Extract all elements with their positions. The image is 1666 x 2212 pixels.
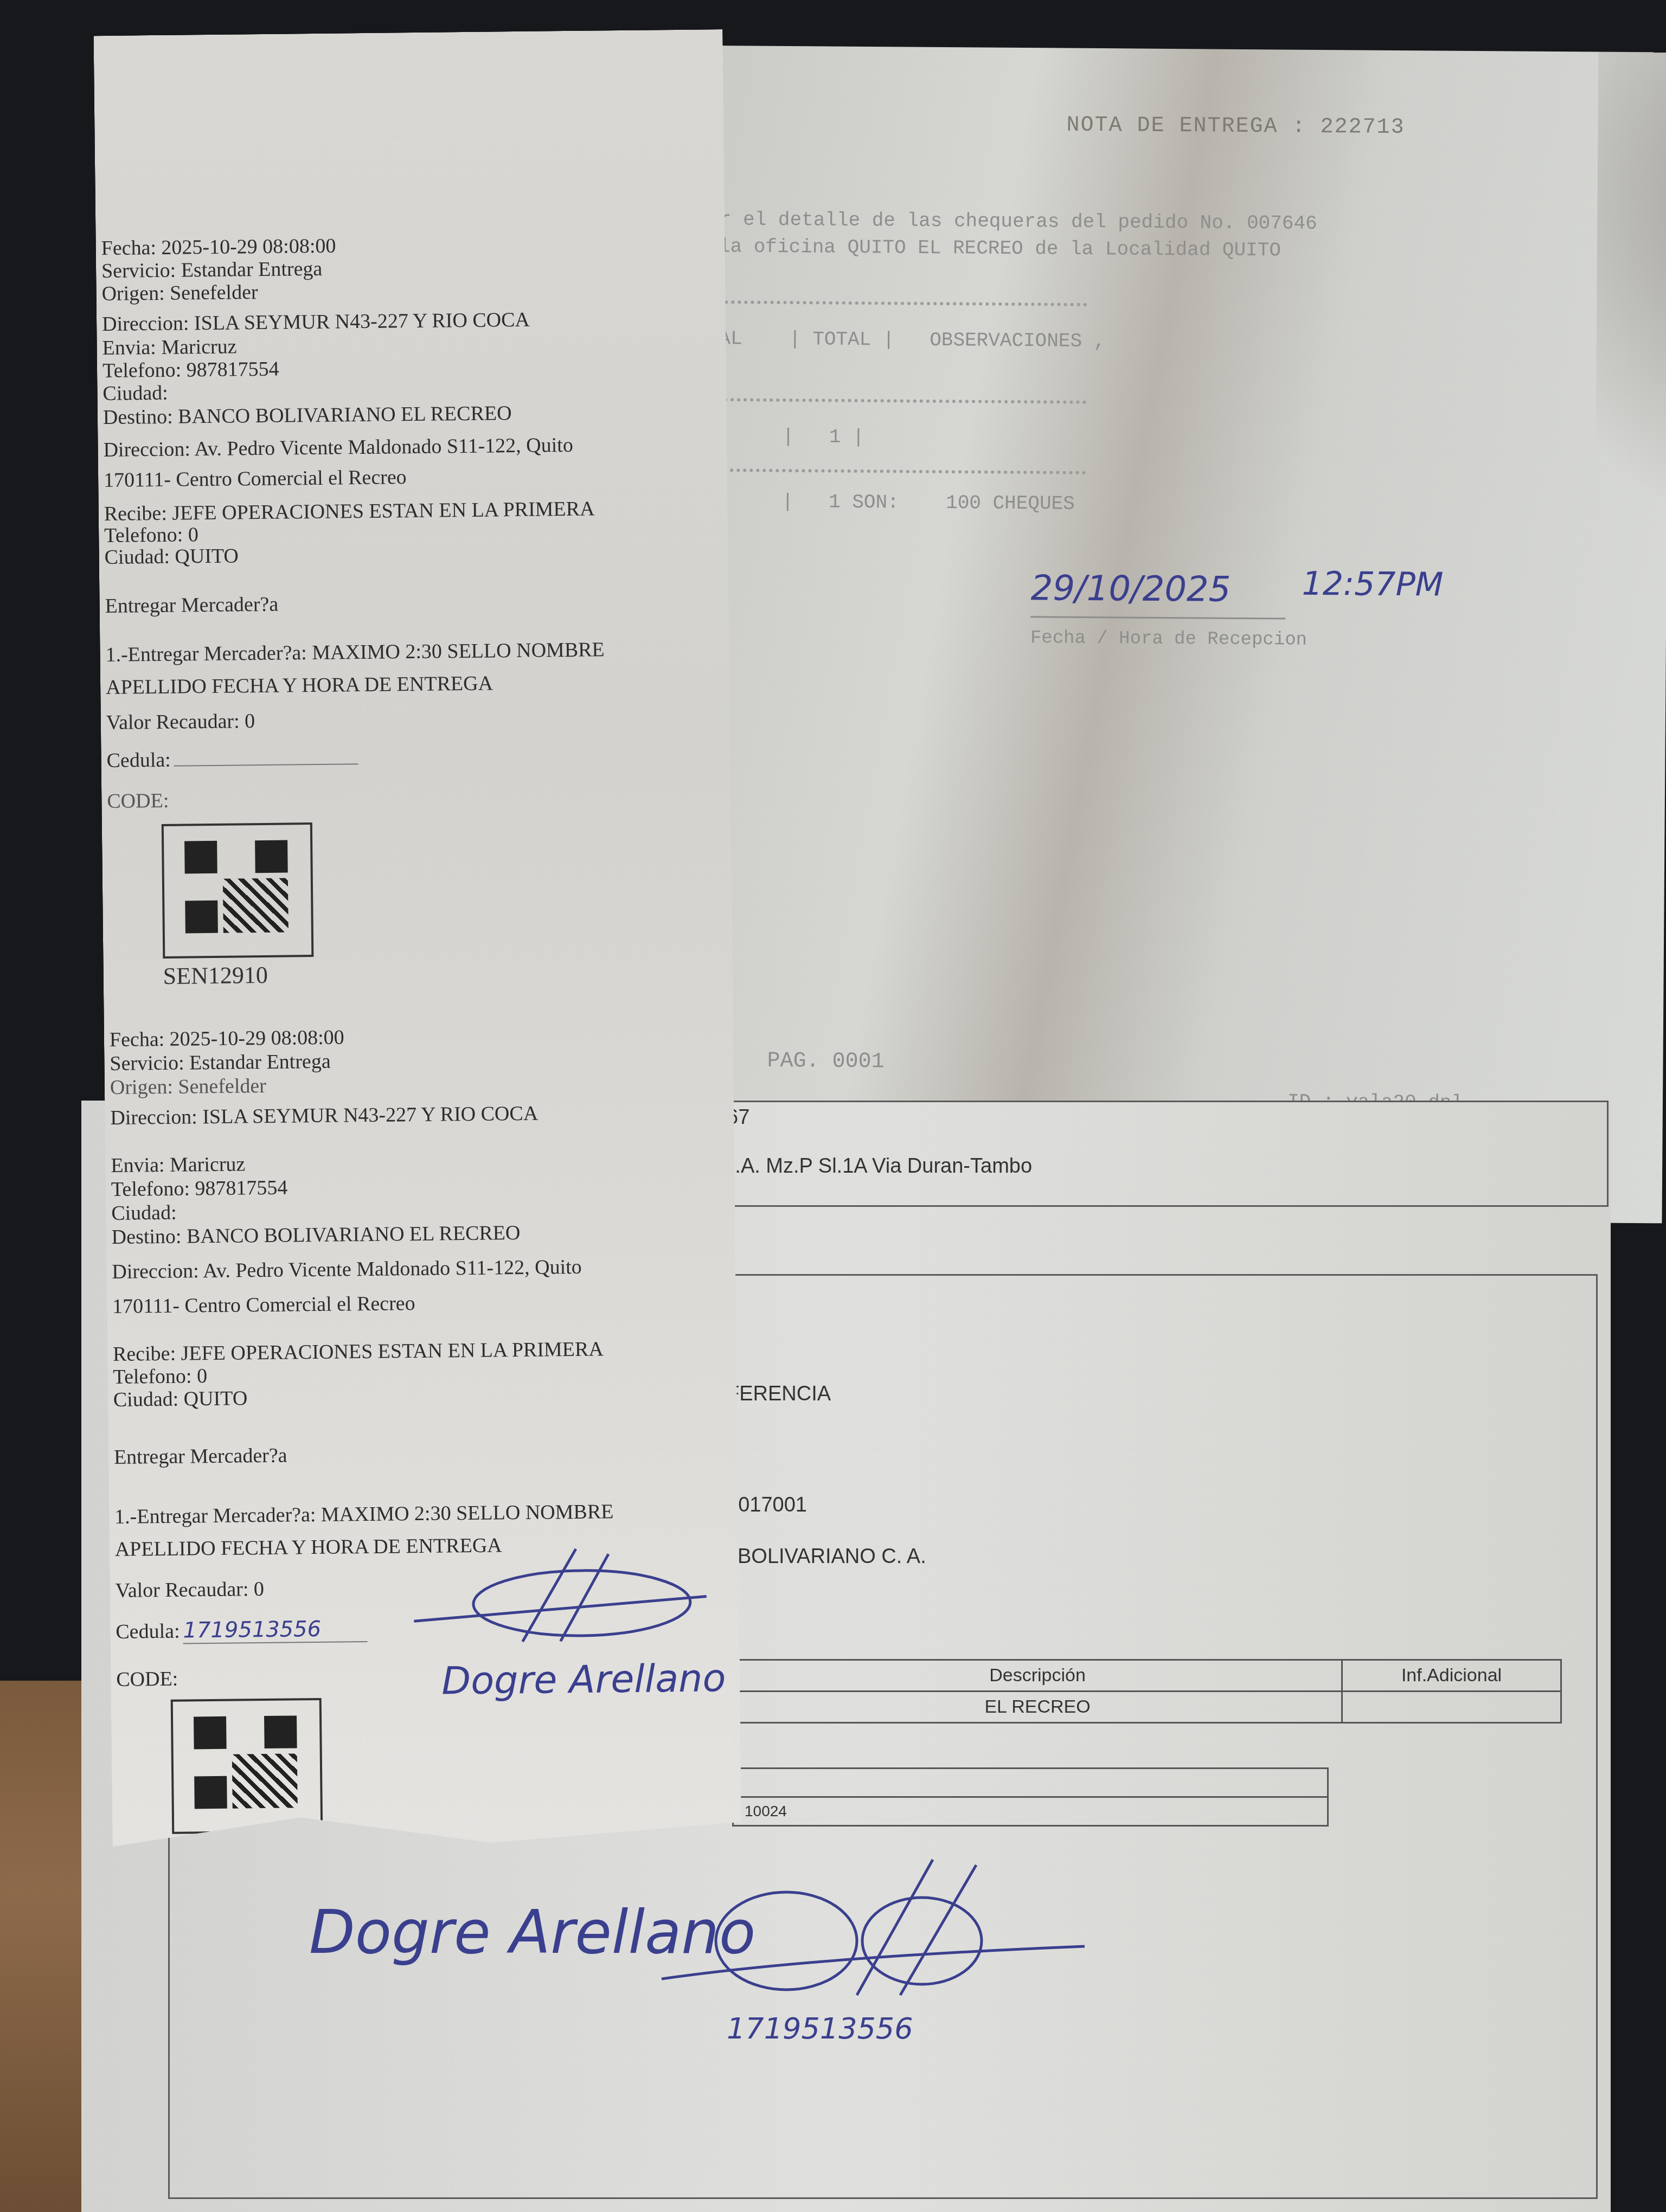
code-label: CODE: — [116, 1667, 178, 1692]
ruc-fragment: 0017001 — [727, 1494, 807, 1517]
delivery-note-line-1: ar el detalle de las chequeras del pedid… — [708, 208, 1317, 235]
invoice-address: S.A. Mz.P Sl.1A Via Duran-Tambo — [721, 1155, 1032, 1178]
telefono: Telefono: 987817554 — [111, 1176, 288, 1201]
envia: Envia: Maricruz — [111, 1152, 245, 1178]
cedula-value: 1719513556 — [183, 1616, 367, 1644]
courier-receipt: Fecha: 2025-10-29 08:08:00 Servicio: Est… — [94, 29, 742, 1847]
servicio: Servicio: Estandar Entrega — [110, 1050, 331, 1076]
direccion-destino: Direccion: Av. Pedro Vicente Maldonado S… — [103, 433, 573, 462]
totals-box: 10024 — [732, 1767, 1329, 1827]
entregar: Entregar Mercader?a — [114, 1444, 287, 1469]
cedula-field: Cedula:1719513556 — [116, 1616, 368, 1645]
destino: Destino: BANCO BOLIVARIANO EL RECREO — [103, 401, 512, 429]
origen: Origen: Senefelder — [110, 1074, 266, 1099]
instruccion-1: 1.-Entregar Mercader?a: MAXIMO 2:30 SELL… — [105, 638, 605, 667]
entregar: Entregar Mercader?a — [105, 593, 278, 618]
recibe: Recibe: JEFE OPERACIONES ESTAN EN LA PRI… — [104, 497, 595, 526]
servicio: Servicio: Estandar Entrega — [101, 257, 323, 283]
qr-box — [162, 822, 314, 959]
recibe: Recibe: JEFE OPERACIONES ESTAN EN LA PRI… — [113, 1337, 604, 1366]
fecha: Fecha: 2025-10-29 08:08:00 — [110, 1025, 344, 1052]
code-label: CODE: — [107, 789, 169, 813]
receipt-copy-2: Fecha: 2025-10-29 08:08:00 Servicio: Est… — [104, 1021, 733, 1028]
cedula-blank — [174, 763, 358, 767]
dotted-rule — [718, 300, 1087, 306]
cell-description: EL RECREO — [733, 1692, 1342, 1723]
client-name: BOLIVARIANO C. A. — [738, 1545, 926, 1568]
direccion-origen: Direccion: ISLA SEYMUR N43-227 Y RIO COC… — [102, 308, 530, 336]
destino: Destino: BANCO BOLIVARIANO EL RECREO — [112, 1221, 521, 1249]
origen: Origen: Senefelder — [101, 280, 258, 306]
direccion-destino-2: 170111- Centro Comercial el Recreo — [112, 1291, 415, 1319]
ciudad: Ciudad: — [111, 1201, 177, 1225]
reception-label: Fecha / Hora de Recepcion — [1030, 628, 1307, 651]
sum-line: | 1 SON: 100 CHEQUES — [782, 491, 1075, 515]
telefono-recibe: Telefono: 0 — [104, 523, 198, 548]
cell-additional-info — [1342, 1692, 1561, 1723]
qr-code-icon — [184, 840, 289, 934]
reception-time: 12:57PM — [1302, 565, 1443, 604]
header-description: Descripción — [733, 1660, 1342, 1692]
reception-date: 29/10/2025 — [1030, 568, 1231, 610]
fecha: Fecha: 2025-10-29 08:08:00 — [101, 234, 336, 261]
direccion-destino: Direccion: Av. Pedro Vicente Maldonado S… — [112, 1255, 582, 1284]
ciudad-recibe: Ciudad: QUITO — [113, 1386, 248, 1412]
totals-row-value: 10024 — [732, 1796, 1329, 1827]
direccion-origen: Direccion: ISLA SEYMUR N43-227 Y RIO COC… — [110, 1102, 538, 1130]
header-additional-info: Inf.Adicional — [1342, 1660, 1561, 1692]
row-total: | 1 | — [782, 426, 864, 448]
qr-code-icon — [194, 1715, 298, 1809]
reception-rule — [1030, 616, 1285, 619]
valor-recaudar: Valor Recaudar: 0 — [115, 1577, 264, 1603]
telefono-recibe: Telefono: 0 — [113, 1364, 207, 1389]
payment-method: FERENCIA — [727, 1382, 831, 1406]
delivery-note-line-2: la oficina QUITO EL RECREO de la Localid… — [719, 235, 1281, 261]
invoice-header-box — [716, 1101, 1609, 1207]
envia: Envia: Maricruz — [102, 335, 236, 360]
delivery-note-title: NOTA DE ENTREGA : 222713 — [1066, 113, 1405, 140]
instruccion-2: APELLIDO FECHA Y HORA DE ENTREGA — [106, 672, 493, 699]
table-row: EL RECREO — [733, 1692, 1561, 1723]
signature-scribble-icon — [413, 1542, 718, 1654]
receipt-copy-1: Fecha: 2025-10-29 08:08:00 Servicio: Est… — [95, 230, 725, 236]
cedula-label: Cedula: — [116, 1620, 180, 1643]
cedula-field: Cedula: — [106, 746, 358, 773]
direccion-destino-2: 170111- Centro Comercial el Recreo — [104, 465, 407, 492]
instruccion-1: 1.-Entregar Mercader?a: MAXIMO 2:30 SELL… — [114, 1500, 614, 1529]
shadow — [1595, 52, 1666, 543]
valor-recaudar: Valor Recaudar: 0 — [106, 709, 255, 735]
dotted-rule — [717, 468, 1086, 474]
signature-id: 1719513556 — [727, 2011, 913, 2046]
ciudad: Ciudad: — [102, 381, 168, 406]
tracking-code: SEN12910 — [163, 961, 268, 990]
telefono: Telefono: 987817554 — [102, 357, 279, 383]
delivery-note-sheet: NOTA DE ENTREGA : 222713 ar el detalle d… — [668, 46, 1666, 1224]
table-header: NAL | TOTAL | OBSERVACIONES , — [707, 327, 1106, 352]
totals-row-empty — [732, 1767, 1329, 1796]
ciudad-recibe: Ciudad: QUITO — [104, 544, 239, 569]
invoice-detail-table: Descripción Inf.Adicional EL RECREO — [732, 1659, 1562, 1724]
signature-name: Dogre Arellano — [441, 1656, 726, 1703]
dotted-rule — [717, 398, 1086, 404]
cedula-label: Cedula: — [106, 749, 171, 772]
page-number: PAG. 0001 — [767, 1049, 884, 1075]
qr-box — [171, 1698, 323, 1834]
signature-scribble-icon — [651, 1849, 1095, 2011]
